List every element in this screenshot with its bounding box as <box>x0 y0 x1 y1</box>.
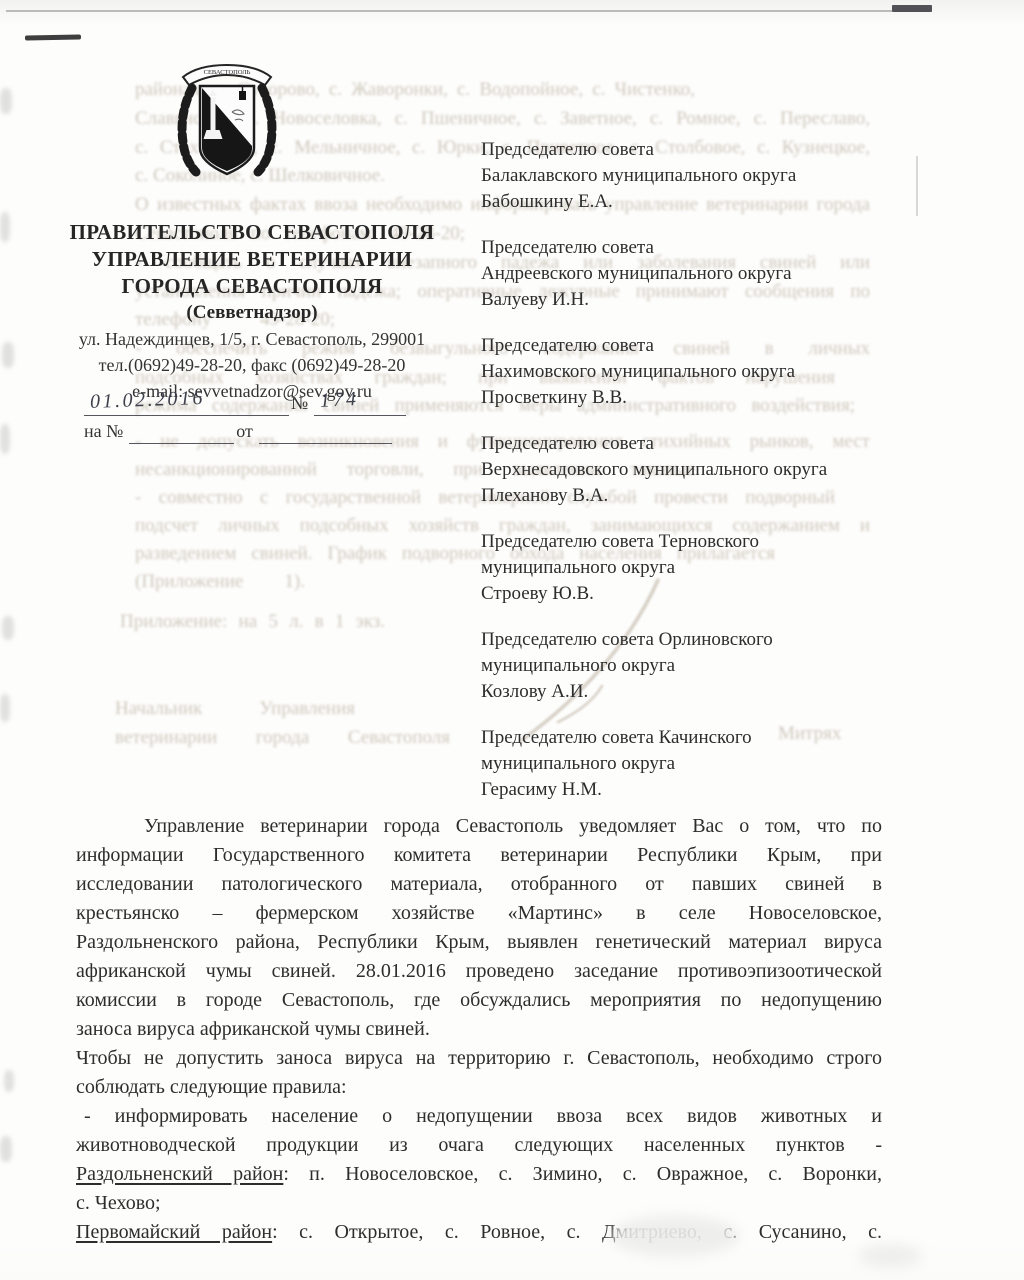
reply-reference-row: на №от <box>84 417 406 445</box>
date-number-row: 01.02.2016№174 <box>84 389 406 417</box>
body-text-segment: Раздольненского района, Республики Крым,… <box>76 931 882 953</box>
addressee-block: Председателю советаБалаклавского муницип… <box>481 137 906 215</box>
number-field: 174 <box>314 389 406 416</box>
addressee-block: Председателю совета Орлиновскогомуниципа… <box>481 627 906 705</box>
reply-date-field <box>259 417 392 444</box>
underlined-district-name: Раздольненский район <box>76 1163 283 1185</box>
body-line: Раздольненский район: п. Новоселовское, … <box>76 1160 882 1189</box>
org-short-name: (Севветнадзор) <box>58 300 446 326</box>
body-text-segment: комиссии в городе Севастополь, где обсуж… <box>76 989 882 1011</box>
addressee-line: Строеву Ю.В. <box>481 581 906 607</box>
body-line: информации Государственного комитета вет… <box>76 841 882 870</box>
body-line: африканской чумы свиней. 28.01.2016 пров… <box>76 957 882 986</box>
body-text-segment: : п. Новоселовское, с. Зимино, с. Овражн… <box>283 1163 882 1185</box>
addressee-line: муниципального округа <box>481 653 906 679</box>
scan-right-fold-line <box>916 156 918 216</box>
addressee-line: Нахимовского муниципального округа <box>481 359 906 385</box>
letter-body: Управление ветеринарии города Севастопол… <box>76 812 882 1247</box>
emblem-banner-text: СЕВАСТОПОЛЬ <box>204 69 251 76</box>
letterhead: ПРАВИТЕЛЬСТВО СЕВАСТОПОЛЯ УПРАВЛЕНИЕ ВЕТ… <box>58 219 446 404</box>
underlined-district-name: Первомайский район <box>76 1221 272 1243</box>
body-line: Чтобы не допустить заноса вируса на терр… <box>76 1044 882 1073</box>
body-text-segment: заноса вируса африканской чумы свиней. <box>76 1018 430 1040</box>
scan-left-dash-mark <box>25 35 81 41</box>
body-line: комиссии в городе Севастополь, где обсуж… <box>76 986 882 1015</box>
body-line: Раздольненского района, Республики Крым,… <box>76 928 882 957</box>
scan-smudge <box>0 88 12 114</box>
addressee-line: Бабошкину Е.А. <box>481 189 906 215</box>
bleedthrough-line: Начальник Управления <box>115 697 355 722</box>
scan-smudge <box>0 212 10 242</box>
scan-smudge <box>0 424 10 454</box>
addressee-line: Председателю совета Орлиновского <box>481 627 906 653</box>
scan-smudge <box>2 342 14 368</box>
body-line: исследовании патологического материала, … <box>76 870 882 899</box>
body-line: соблюдать следующие правила: <box>76 1073 882 1102</box>
addressee-line: Герасиму Н.М. <box>481 777 906 803</box>
addressee-line: Верхнесадовского муниципального округа <box>481 457 906 483</box>
bleedthrough-line: ветеринарии города Севастополя <box>115 726 450 751</box>
addressee-block: Председателю совета Качинскогомуниципаль… <box>481 725 906 803</box>
sevastopol-coat-of-arms-emblem: СЕВАСТОПОЛЬ <box>162 62 292 196</box>
org-name-line3: ГОРОДА СЕВАСТОПОЛЯ <box>58 273 446 300</box>
reply-from-label: от <box>234 421 259 444</box>
medal <box>239 91 246 100</box>
body-line: крестьянско – фермерском хозяйстве «Март… <box>76 899 882 928</box>
scan-top-corner-mark <box>892 5 932 12</box>
addressee-line: Председателю совета Терновского <box>481 529 906 555</box>
letter-page: районах: с. Суворово, с. Жаворонки, с. В… <box>0 0 1024 1280</box>
body-text-segment: исследовании патологического материала, … <box>76 873 882 895</box>
body-text-segment: : с. Открытое, с. Ровное, с. Дмитриево, … <box>272 1221 882 1243</box>
addressee-block: Председателю советаВерхнесадовского муни… <box>481 431 906 509</box>
scan-top-edge-line <box>6 10 892 12</box>
body-line: Первомайский район: с. Открытое, с. Ровн… <box>76 1218 882 1247</box>
addressee-list: Председателю советаБалаклавского муницип… <box>481 137 906 823</box>
body-text-segment: Чтобы не допустить заноса вируса на терр… <box>76 1047 882 1069</box>
addressee-line: Председателю совета Качинского <box>481 725 906 751</box>
scan-faint-smudge <box>858 1244 922 1268</box>
addressee-line: муниципального округа <box>481 751 906 777</box>
bleedthrough-line: Приложение: на 5 л. в 1 экз. <box>120 610 385 635</box>
reference-block: 01.02.2016№174 на №от <box>84 389 406 445</box>
scan-smudge <box>2 616 14 640</box>
scan-smudge <box>0 1136 12 1162</box>
addressee-line: Козлову А.И. <box>481 679 906 705</box>
body-line: Управление ветеринарии города Севастопол… <box>76 812 882 841</box>
org-name-line2: УПРАВЛЕНИЕ ВЕТЕРИНАРИИ <box>58 246 446 273</box>
scan-smudge <box>4 1070 14 1092</box>
addressee-block: Председателю совета Терновскогомуниципал… <box>481 529 906 607</box>
body-line: - информировать население о недопущении … <box>76 1102 882 1131</box>
laurel-right <box>258 88 272 172</box>
handwritten-number: 174 <box>314 388 360 413</box>
laurel-left <box>182 88 196 172</box>
bleedthrough-line: (Приложение 1). <box>135 570 305 595</box>
body-text-segment: африканской чумы свиней. 28.01.2016 пров… <box>76 960 882 982</box>
number-label: № <box>289 393 314 416</box>
addressee-line: Плеханову В.А. <box>481 483 906 509</box>
addressee-line: Андреевского муниципального округа <box>481 261 906 287</box>
org-name-line1: ПРАВИТЕЛЬСТВО СЕВАСТОПОЛЯ <box>58 219 446 246</box>
body-line: с. Чехово; <box>76 1189 882 1218</box>
scan-faint-smudge <box>610 1215 740 1257</box>
addressee-line: Просветкину В.В. <box>481 385 906 411</box>
body-text-segment: - информировать население о недопущении … <box>84 1105 882 1127</box>
addressee-line: муниципального округа <box>481 555 906 581</box>
scan-smudge <box>0 694 10 722</box>
addressee-block: Председателю советаАндреевского муниципа… <box>481 235 906 313</box>
addressee-line: Председателю совета <box>481 235 906 261</box>
addressee-line: Балаклавского муниципального округа <box>481 163 906 189</box>
handwritten-date: 01.02.2016 <box>84 387 206 414</box>
addressee-line: Председателю совета <box>481 333 906 359</box>
addressee-line: Председателю совета <box>481 431 906 457</box>
reply-number-field <box>129 417 234 444</box>
body-text-segment: животноводческой продукции из очага след… <box>76 1134 882 1156</box>
reply-to-label: на № <box>84 421 129 444</box>
addressee-block: Председателю советаНахимовского муниципа… <box>481 333 906 411</box>
body-text-segment: крестьянско – фермерском хозяйстве «Март… <box>76 902 882 924</box>
body-text-segment: информации Государственного комитета вет… <box>76 844 882 866</box>
org-address: ул. Надеждинцев, 1/5, г. Севастополь, 29… <box>58 326 446 352</box>
body-line: животноводческой продукции из очага след… <box>76 1131 882 1160</box>
addressee-line: Председателю совета <box>481 137 906 163</box>
body-text-segment: с. Чехово; <box>76 1192 161 1214</box>
org-phone-fax: тел.(0692)49-28-20, факс (0692)49-28-20 <box>58 352 446 378</box>
body-text-segment: соблюдать следующие правила: <box>76 1076 347 1098</box>
date-field: 01.02.2016 <box>84 389 289 416</box>
body-text-segment: Управление ветеринарии города Севастопол… <box>144 815 882 837</box>
addressee-line: Валуеву И.Н. <box>481 287 906 313</box>
body-line: заноса вируса африканской чумы свиней. <box>76 1015 882 1044</box>
